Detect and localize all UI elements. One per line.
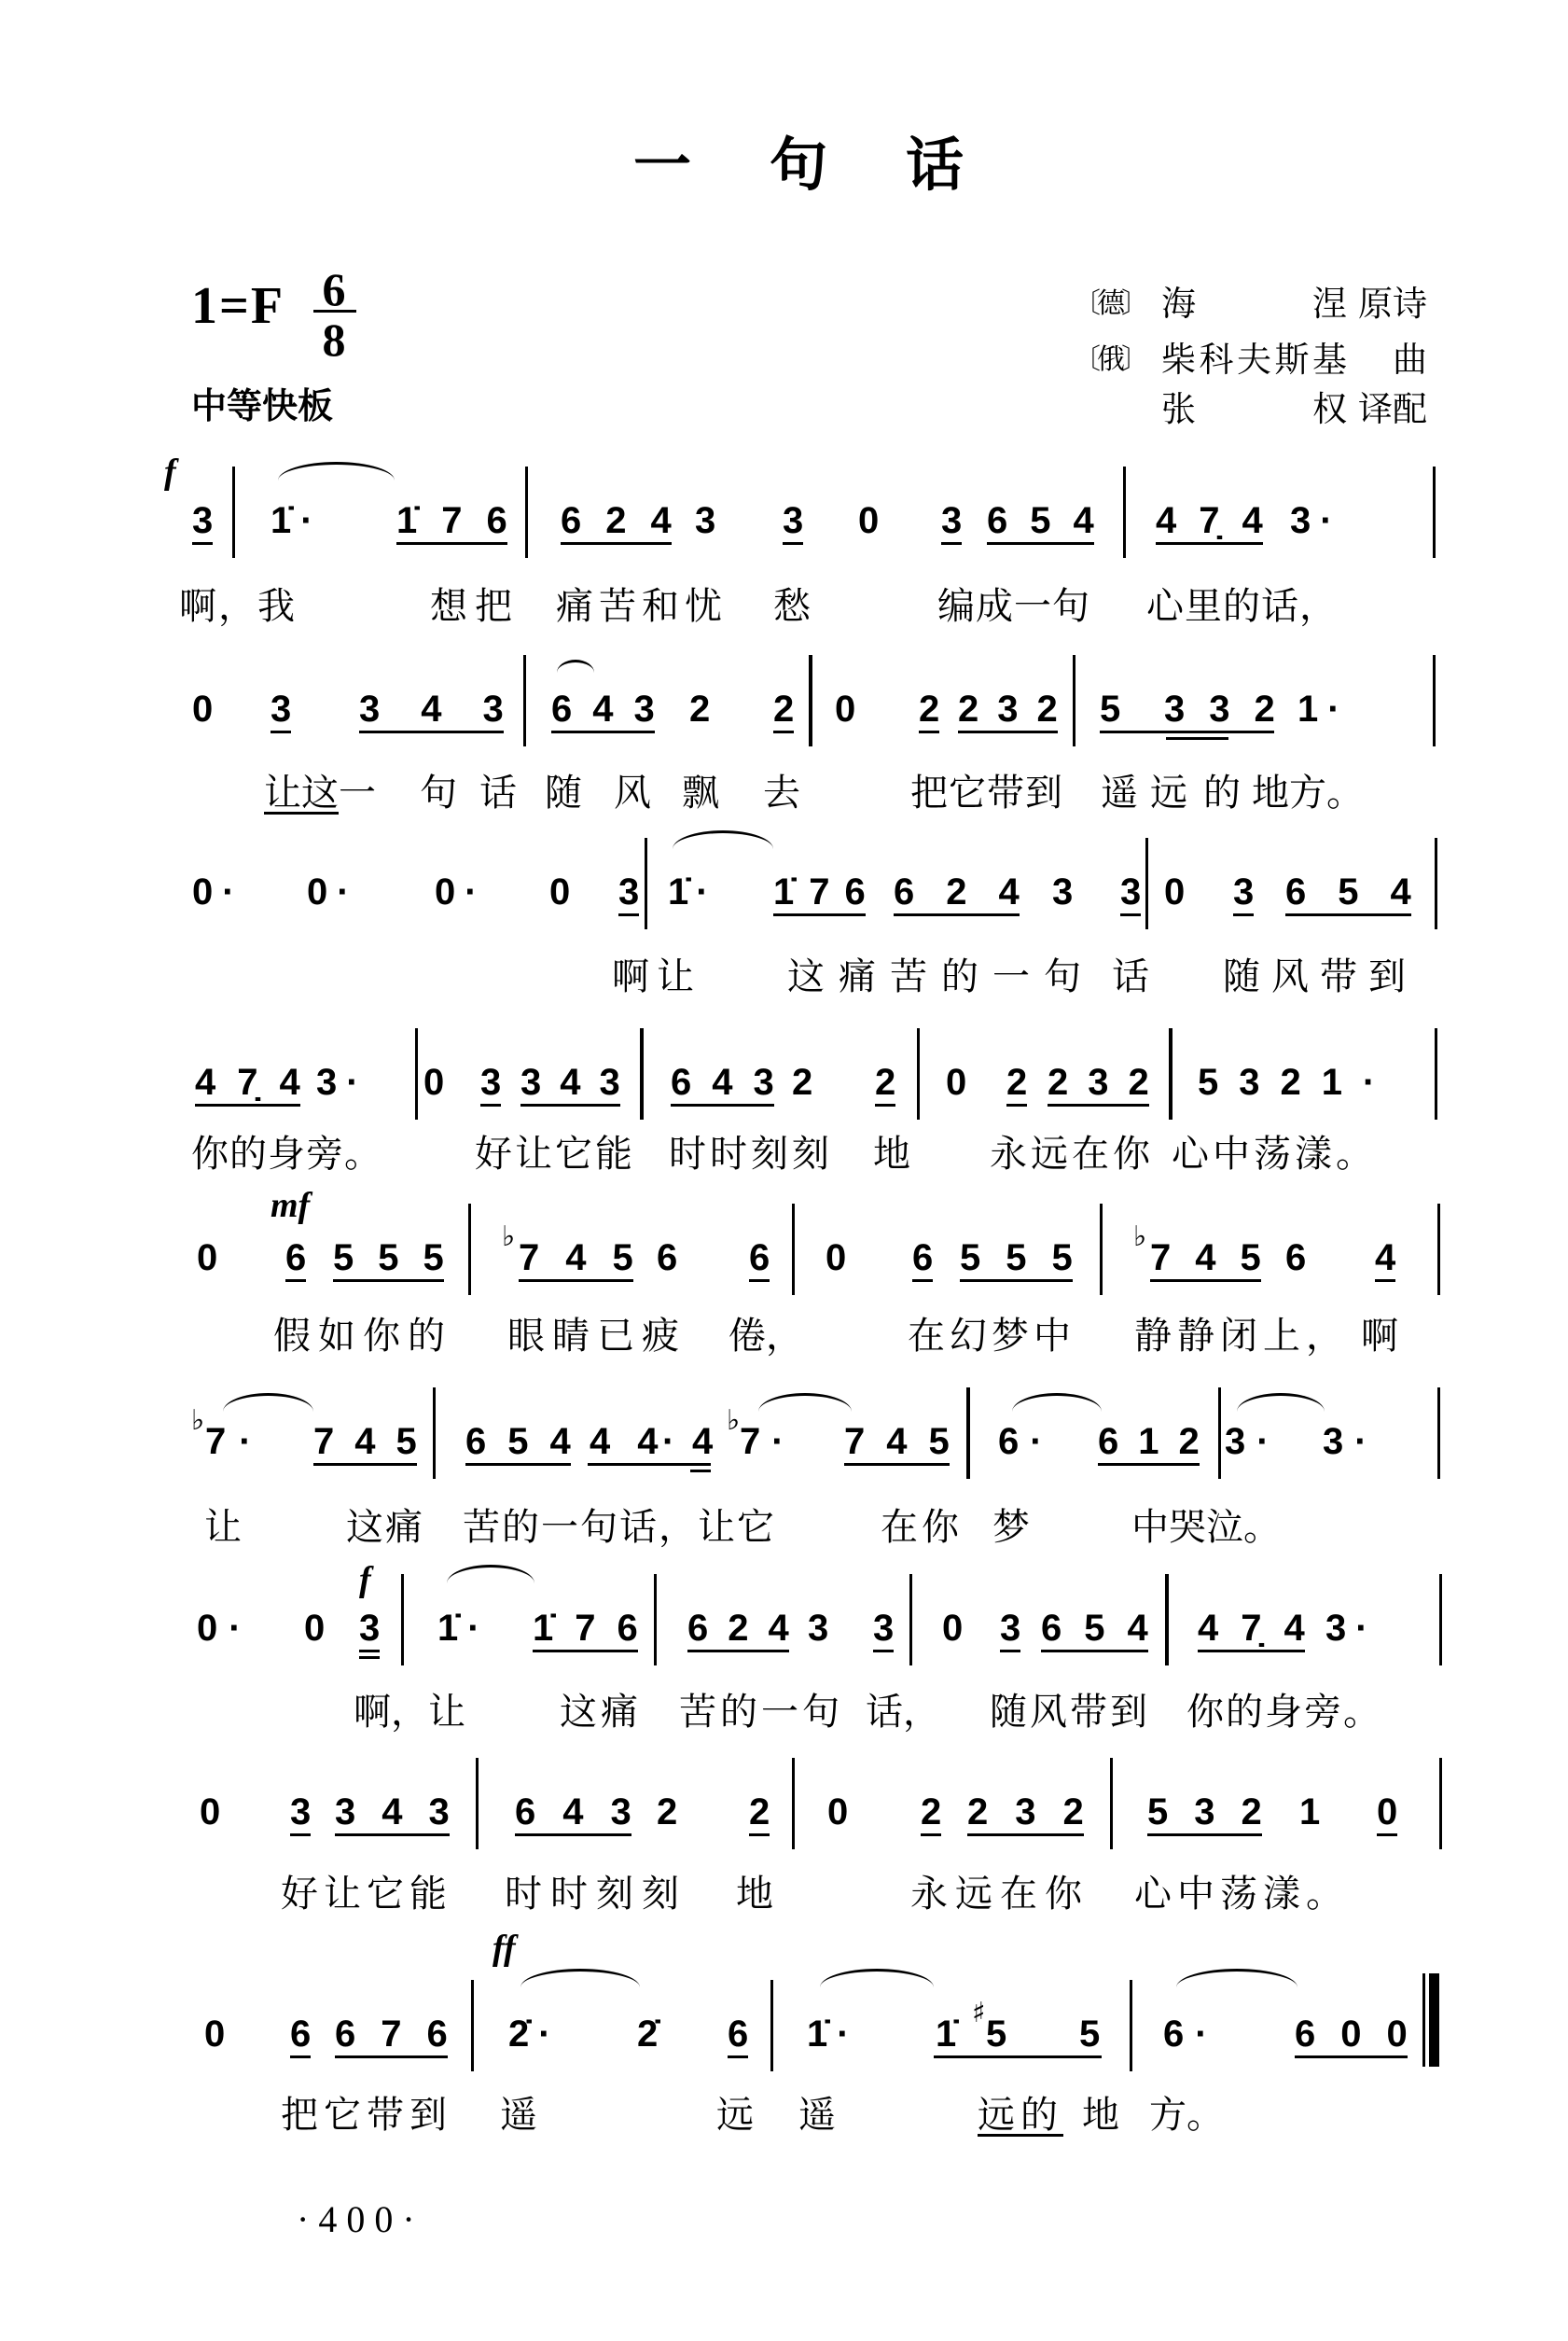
- dynamic-marking: ff: [493, 1930, 516, 1967]
- note-group: 624: [894, 873, 1051, 911]
- credit-origin: 〔德〕: [1060, 286, 1145, 323]
- note-group: 643: [515, 1793, 659, 1831]
- slur: [557, 660, 594, 673]
- lyric-segment: 想把: [430, 588, 520, 625]
- note-group: 2: [1006, 1064, 1051, 1101]
- lyric-segment: 这痛: [560, 1693, 642, 1731]
- score-system-1-lyrics: 啊，我 想把 痛苦和忧 愁 编成一句 心里的话，: [0, 588, 1568, 625]
- note-group: 654: [465, 1423, 592, 1460]
- note-group: 2: [875, 1064, 920, 1101]
- score-system-5-lyrics: 假如你的 眼睛已疲 倦， 在幻梦中 静静闭上， 啊: [0, 1317, 1568, 1355]
- note-group: 332: [1164, 690, 1299, 728]
- note-group: 6: [1285, 1239, 1330, 1276]
- note-group: 3: [290, 1793, 335, 1831]
- lyric-segment: 梦: [992, 1509, 1034, 1546]
- lyric-segment: 心中荡漾。: [1172, 1136, 1377, 1173]
- lyric-segment: 话: [1112, 958, 1153, 996]
- bar-line: [640, 1028, 644, 1120]
- lyric-segment: 这痛: [346, 1509, 424, 1546]
- note-group: 2: [657, 1793, 701, 1831]
- note-group: 343: [359, 690, 545, 728]
- lyric-segment: 在你: [881, 1509, 963, 1546]
- note-group: 1̇·: [271, 502, 323, 539]
- note-group: 3: [695, 502, 740, 539]
- bar-line: [433, 1387, 436, 1479]
- lyric-segment: 苦的一句话，让它: [463, 1509, 776, 1546]
- note-group: 1̇76: [773, 873, 881, 911]
- lyric-segment: 地: [873, 1136, 914, 1173]
- rest: 0·: [197, 1609, 253, 1647]
- rest: 0: [549, 873, 594, 911]
- note-group: 3: [1052, 873, 1097, 911]
- note-group: 4: [1375, 1239, 1420, 1276]
- bar-line: [1439, 1574, 1442, 1665]
- note-group: 532: [1147, 1793, 1288, 1831]
- note-group: 676: [335, 2015, 473, 2053]
- rest: 0: [204, 2015, 249, 2053]
- score-system-4-notes: 47̣4 3· 0 3 343 643 2 2 0 2 232 5321·: [0, 1064, 1568, 1101]
- rest: 0: [304, 1609, 349, 1647]
- note-group: 2: [689, 690, 734, 728]
- note-group: 555: [333, 1239, 468, 1276]
- lyric-segment: 话: [479, 774, 520, 812]
- lyric-segment: 静静闭上，: [1134, 1317, 1349, 1355]
- accidental-flat: ♭: [727, 1407, 740, 1435]
- credit-role: 曲: [1350, 341, 1427, 379]
- bar-line: [1437, 1204, 1440, 1295]
- credit-name: 张权: [1161, 391, 1347, 428]
- bar-line: [654, 1574, 657, 1665]
- note-group: 343: [520, 1064, 639, 1101]
- slur: [1012, 1393, 1102, 1412]
- rest: 0: [192, 690, 237, 728]
- note-group: 5: [986, 2015, 1031, 2053]
- lyric-segment: 在幻梦中: [908, 1317, 1075, 1355]
- note-group: 343: [335, 1793, 476, 1831]
- credit-origin: 〔俄〕: [1060, 341, 1145, 379]
- note-group: 2: [792, 1064, 837, 1101]
- lyric-segment: 永远在你: [990, 1136, 1154, 1173]
- score-system-8-notes: 0 3 343 643 2 2 0 2 232 532 1 0: [0, 1793, 1568, 1831]
- bar-line: [1437, 1387, 1440, 1479]
- rest: 0: [197, 1239, 242, 1276]
- final-barline-thick: [1429, 1973, 1439, 2067]
- lyric-segment: 啊，让: [354, 1693, 465, 1731]
- note-group: 624: [687, 1609, 809, 1647]
- song-title: 一句话: [633, 136, 1042, 194]
- slur: [223, 1393, 313, 1412]
- note-group: 654: [1041, 1609, 1171, 1647]
- slur: [758, 1393, 852, 1412]
- bar-line: [1433, 655, 1436, 746]
- beam: [588, 1463, 711, 1466]
- sheet-music-page: 一句话 1=F 6 8 中等快板 〔德〕 海涅 原诗 〔俄〕 柴科夫斯基 曲 张…: [0, 0, 1568, 2341]
- lyric-segment: 的: [1203, 774, 1244, 812]
- note-group: 2: [749, 1793, 794, 1831]
- note-group: 612: [1098, 1423, 1219, 1460]
- lyric-segment: 好让它能: [475, 1136, 635, 1173]
- lyric-segment: 啊让: [612, 958, 701, 996]
- bar-line: [523, 655, 526, 746]
- rest: 0: [835, 690, 880, 728]
- lyric-segment: 把它带到: [281, 2097, 452, 2134]
- note-group: 3: [480, 1064, 525, 1101]
- note-group: 6·: [1163, 2015, 1219, 2053]
- score-system-1-notes: f 3 1̇· 1̇76 624 3 3 0 3 654 47̣4 3·: [0, 502, 1568, 539]
- note-group: 3: [1000, 1609, 1045, 1647]
- note-group: 1̇76: [533, 1609, 659, 1647]
- lyric-segment: 风: [614, 774, 655, 812]
- bar-line: [525, 467, 528, 558]
- bar-line: [1439, 1758, 1442, 1849]
- rest: 0: [1164, 873, 1209, 911]
- rest: 0: [826, 1239, 870, 1276]
- note-group: 654: [1285, 873, 1443, 911]
- credit-role: 原诗: [1350, 286, 1427, 323]
- bar-line: [1165, 1574, 1169, 1665]
- score-system-3-lyrics: 啊让 这痛苦的一句 话 随风带到: [0, 958, 1568, 996]
- bar-line: [909, 1574, 912, 1665]
- rest: 0·: [435, 873, 487, 911]
- lyric-segment: 遥: [500, 2097, 541, 2134]
- lyric-segment: 编成一句: [937, 588, 1090, 625]
- note-group: 232: [967, 1793, 1111, 1831]
- note-group: 5: [1079, 2015, 1124, 2053]
- final-barline-thin: [1422, 1973, 1425, 2067]
- note-group: 2: [921, 1793, 965, 1831]
- bar-line: [1435, 838, 1437, 929]
- lyric-segment: 把它带到: [910, 774, 1063, 812]
- credit-translator: 张权 译配: [0, 391, 1568, 428]
- note-group: 643: [551, 690, 675, 728]
- note-group: 3·: [1290, 502, 1342, 539]
- rest: 0·: [192, 873, 244, 911]
- lyric-segment: 倦，: [728, 1317, 803, 1355]
- bar-line: [792, 1204, 795, 1295]
- note-group: 2̇·: [508, 2015, 561, 2053]
- slur: [278, 462, 395, 481]
- accidental-flat: ♭: [502, 1223, 515, 1251]
- lyric-segment: 飘: [682, 774, 723, 812]
- bar-line: [917, 1028, 920, 1120]
- score-system-6-notes: ♭ 7· 745 654 44 · 4 ♭ 7· 745 6· 612 3· 3…: [0, 1423, 1568, 1460]
- bar-line: [471, 1980, 474, 2071]
- score-system-5-notes: mf 0 6 555 ♭ 745 6 6 0 6 555 ♭ 745 6 4: [0, 1239, 1568, 1276]
- bar-line: [401, 1574, 404, 1665]
- note-group: 3: [271, 690, 315, 728]
- lyric-segment: 你的身旁。: [1186, 1693, 1382, 1731]
- credit-lyricist: 〔德〕 海涅 原诗: [0, 286, 1568, 323]
- lyric-segment: 这痛苦的一句: [787, 958, 1095, 996]
- bar-line: [1435, 1028, 1437, 1120]
- note-group: 3: [359, 1609, 404, 1647]
- note-group: 6: [728, 2015, 772, 2053]
- beam: [934, 2055, 1102, 2058]
- score-system-6-lyrics: 让 这痛 苦的一句话，让它 在你 梦 中哭泣。: [0, 1509, 1568, 1546]
- lyric-segment: 地: [736, 1875, 777, 1913]
- note-group: 3: [783, 502, 827, 539]
- bar-line: [645, 838, 647, 929]
- note-group: 643: [671, 1064, 795, 1101]
- slur: [1176, 1969, 1297, 1987]
- bar-line: [1130, 1980, 1132, 2071]
- lyric-segment: 随: [545, 774, 586, 812]
- lyric-segment: 假如你的: [273, 1317, 452, 1355]
- note-group: 600: [1295, 2015, 1433, 2053]
- note-group: 5321·: [1198, 1064, 1395, 1101]
- lyric-segment: 时时刻刻: [669, 1136, 833, 1173]
- lyric-segment: 你的身旁。: [191, 1136, 382, 1173]
- note-group: 7·: [740, 1423, 796, 1460]
- lyric-segment: 心中荡漾。: [1134, 1875, 1349, 1913]
- note-group: 6: [657, 1239, 701, 1276]
- credit-composer: 〔俄〕 柴科夫斯基 曲: [0, 341, 1568, 379]
- lyric-segment: 心里的话，: [1146, 588, 1338, 625]
- lyric-segment: 好让它能: [281, 1875, 452, 1913]
- rest: 0: [946, 1064, 991, 1101]
- bar-line: [468, 1204, 471, 1295]
- bar-line: [1073, 655, 1075, 746]
- rest: 0: [827, 1793, 872, 1831]
- rest: 0: [423, 1064, 468, 1101]
- beam: [690, 1470, 711, 1472]
- note-group: 1·: [1297, 690, 1350, 728]
- note-group: 232: [958, 690, 1076, 728]
- lyric-segment: 方。: [1149, 2097, 1224, 2134]
- accidental-flat: ♭: [191, 1407, 204, 1435]
- bar-line: [966, 1387, 970, 1479]
- note-group: 6: [749, 1239, 794, 1276]
- score-system-3-notes: 0· 0· 0· 0 3 1̇· 1̇76 624 3 3 0 3 654: [0, 873, 1568, 911]
- page-number: ·400·: [297, 2201, 424, 2238]
- lyric-segment: 随风带到: [990, 1693, 1150, 1731]
- rest: 0: [200, 1793, 244, 1831]
- lyric-segment: 随风带到: [1223, 958, 1417, 996]
- lyric-segment: 让: [204, 1509, 245, 1546]
- note-group: 3·: [1323, 1423, 1379, 1460]
- slur: [673, 830, 773, 849]
- note-group: 3: [192, 502, 237, 539]
- note-group: 624: [561, 502, 696, 539]
- lyric-segment: 啊，我: [179, 588, 297, 625]
- score-system-2-lyrics: 让这 一 句 话 随 风 飘 去 把它带到 遥 远 的 地方。: [0, 774, 1568, 812]
- lyric-segment: 句: [420, 774, 461, 812]
- lyric-segment: 远: [1150, 774, 1191, 812]
- bar-line: [415, 1028, 418, 1120]
- accidental-sharp: ♯: [972, 2000, 986, 2027]
- beam: [1100, 731, 1274, 733]
- lyric-segment: 一: [339, 774, 380, 812]
- note-group: 1̇·: [437, 1609, 490, 1647]
- bar-line: [1433, 467, 1436, 558]
- note-group: 1: [1299, 1793, 1344, 1831]
- bar-line: [1110, 1758, 1113, 1849]
- score-system-8-lyrics: 好让它能 时时刻刻 地 永远在你 心中荡漾。: [0, 1875, 1568, 1913]
- bar-line: [792, 1758, 795, 1849]
- lyric-segment: 眼睛已疲: [507, 1317, 687, 1355]
- note-group: 47̣4: [1156, 502, 1285, 539]
- bar-line: [476, 1758, 479, 1849]
- note-group: 745: [1150, 1239, 1285, 1276]
- note-group: 2: [919, 690, 964, 728]
- note-group: 1̇·: [807, 2015, 859, 2053]
- note-group: 6: [912, 1239, 957, 1276]
- bar-line: [1169, 1028, 1173, 1120]
- note-group: 745: [519, 1239, 659, 1276]
- score-system-4-lyrics: 你的身旁。 好让它能 时时刻刻 地 永远在你 心中荡漾。: [0, 1136, 1568, 1173]
- rest: 0: [942, 1609, 987, 1647]
- note-group: 1̇76: [396, 502, 532, 539]
- slur: [820, 1969, 934, 1987]
- lyric-segment: 遥: [1101, 774, 1142, 812]
- note-group: 3: [1120, 873, 1165, 911]
- note-group: 654: [987, 502, 1117, 539]
- lyric-segment: 远的: [978, 2097, 1063, 2134]
- score-system-9-notes: ff 0 6 676 2̇· 2̇ 6 1̇· 1̇ ♯ 5 5 6· 600: [0, 2015, 1568, 2053]
- note-group: 1̇·: [668, 873, 716, 911]
- note-group: 5: [1100, 690, 1145, 728]
- slur: [1237, 1393, 1325, 1412]
- note-group: 3·: [1225, 1423, 1281, 1460]
- note-group: 3: [1233, 873, 1278, 911]
- bar-line: [770, 1980, 773, 2071]
- note-group: 3: [808, 1609, 853, 1647]
- bar-line: [1145, 838, 1148, 929]
- dynamic-marking: f: [164, 453, 176, 491]
- beam: [1166, 737, 1228, 740]
- rest: 0: [858, 502, 903, 539]
- dynamic-marking: mf: [271, 1187, 310, 1224]
- bar-line: [1123, 467, 1126, 558]
- bar-line: [1100, 1204, 1103, 1295]
- note-group: 47̣4: [1198, 1609, 1327, 1647]
- lyric-segment: 让这: [264, 774, 339, 812]
- score-system-7-notes: f 0· 0 3 1̇· 1̇76 624 3 3 0 3 654 47̣4 3…: [0, 1609, 1568, 1647]
- lyric-segment: 痛苦和忧: [556, 588, 728, 625]
- note-group: 47̣4: [195, 1064, 322, 1101]
- note-group: 3·: [1325, 1609, 1378, 1647]
- note-group: 3: [941, 502, 986, 539]
- note-group: 2̇: [637, 2015, 682, 2053]
- rest: 0: [1377, 1793, 1422, 1831]
- credit-name: 柴科夫斯基: [1161, 341, 1347, 379]
- lyric-segment: 远: [716, 2097, 757, 2134]
- score-system-7-lyrics: 啊，让 这痛 苦的一句 话， 随风带到 你的身旁。: [0, 1693, 1568, 1731]
- lyric-segment: 永远在你: [910, 1875, 1089, 1913]
- lyric-segment: 苦的一句: [679, 1693, 843, 1731]
- lyric-segment: 啊: [1361, 1317, 1402, 1355]
- note-group: 232: [1048, 1064, 1169, 1101]
- dynamic-marking: f: [359, 1561, 371, 1598]
- bar-line: [809, 655, 812, 746]
- lyric-segment: 中哭泣。: [1131, 1509, 1281, 1546]
- score-system-9-lyrics: 把它带到 遥 远 遥 远的 地 方。: [0, 2097, 1568, 2134]
- bar-line: [1218, 1387, 1221, 1479]
- note-group: 3: [618, 873, 663, 911]
- lyric-segment: 遥: [798, 2097, 840, 2134]
- note-group: 745: [313, 1423, 437, 1460]
- accidental-flat: ♭: [1133, 1223, 1146, 1251]
- note-group: 6·: [998, 1423, 1054, 1460]
- note-group: 745: [844, 1423, 971, 1460]
- credit-role: 译配: [1350, 391, 1427, 428]
- slur: [520, 1969, 640, 1987]
- note-group: 555: [960, 1239, 1098, 1276]
- note-group: 3·: [316, 1064, 368, 1101]
- rest: 0·: [307, 873, 359, 911]
- credit-name: 海涅: [1161, 286, 1347, 323]
- lyric-segment: 地: [1082, 2097, 1123, 2134]
- lyric-segment: 地方。: [1252, 774, 1364, 812]
- lyric-segment: 时时刻刻: [505, 1875, 687, 1913]
- note-group: 7·: [205, 1423, 265, 1460]
- lyric-segment: 话，: [866, 1693, 940, 1731]
- note-group: 6: [285, 1239, 330, 1276]
- lyric-segment: 愁: [773, 588, 814, 625]
- lyric-segment: 去: [763, 774, 804, 812]
- score-system-2-notes: 0 3 343 643 2 2 0 2 232 5 332 1·: [0, 690, 1568, 728]
- slur: [447, 1565, 534, 1583]
- note-group: 6: [290, 2015, 335, 2053]
- bar-line: [232, 467, 235, 558]
